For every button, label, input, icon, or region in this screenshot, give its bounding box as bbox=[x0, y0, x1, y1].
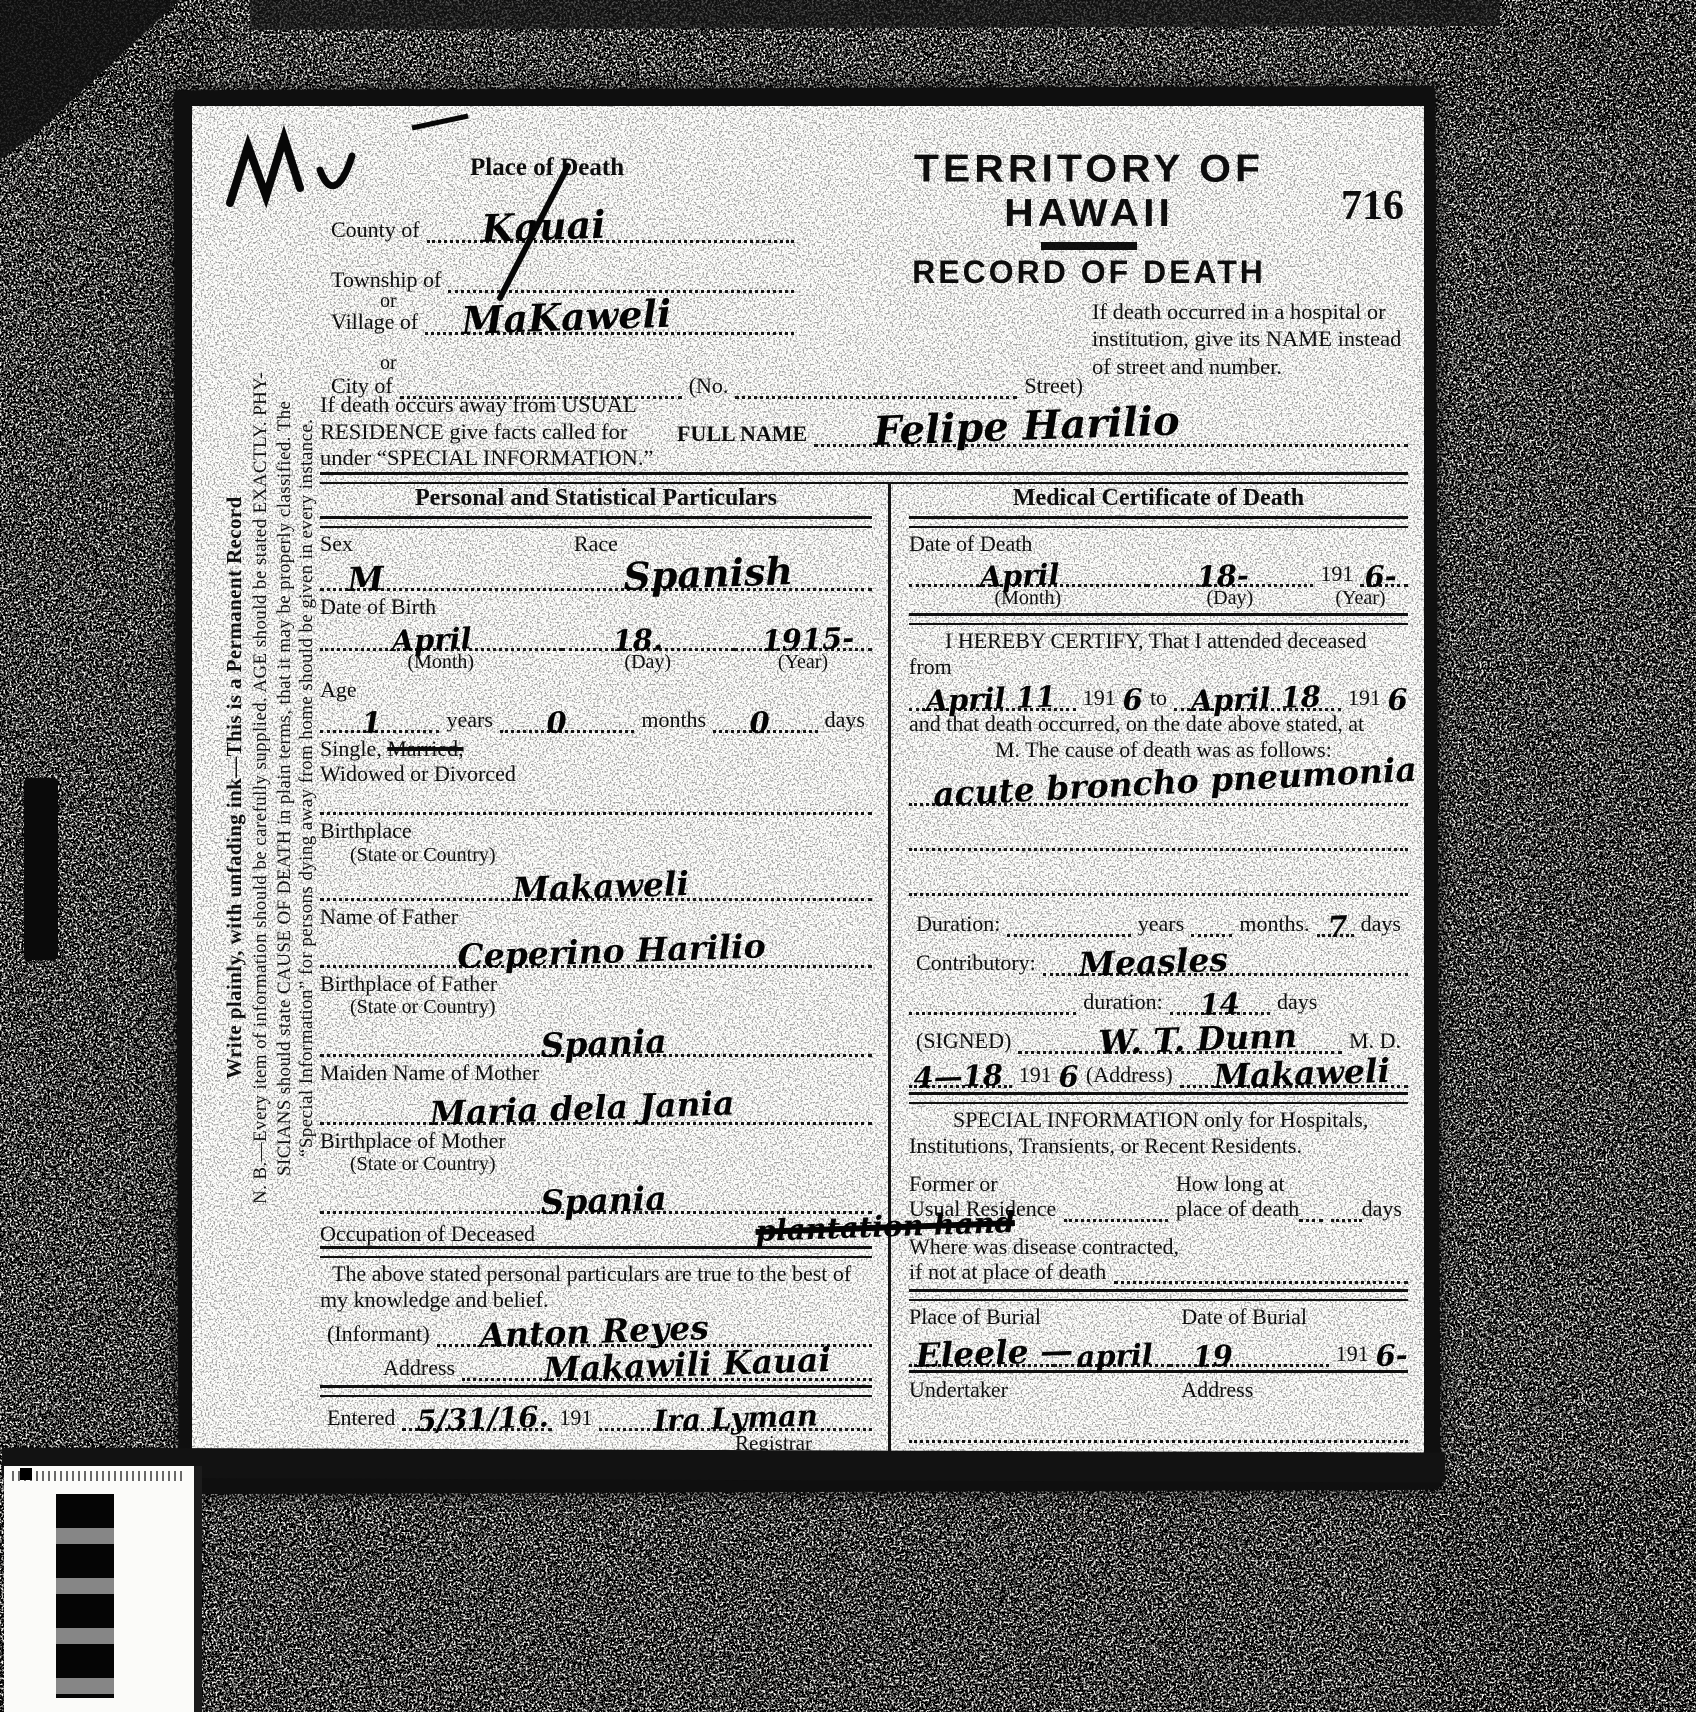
dob-day-line: 18. bbox=[562, 620, 735, 651]
race-handwriting: Spanish bbox=[622, 552, 793, 596]
dod-year-handwriting: 6- bbox=[1364, 562, 1397, 592]
contracted-rule bbox=[909, 1289, 1408, 1301]
howlong-label-2: place of death bbox=[1176, 1196, 1299, 1221]
attended-to-line: April 18 bbox=[1174, 680, 1341, 711]
race-label: Race bbox=[574, 531, 618, 556]
contributory-line: Measles bbox=[1043, 945, 1408, 976]
occupation-field: Occupation of Deceased plantation hand bbox=[320, 1217, 872, 1258]
contributory-duration-days-label: days bbox=[1270, 989, 1324, 1015]
medical-column: Medical Certificate of Death Date of Dea… bbox=[891, 482, 1408, 1462]
age-years-line: 1 bbox=[320, 702, 439, 733]
contributory-duration-label: duration: bbox=[1076, 989, 1169, 1015]
father-bp-handwriting: Spania bbox=[540, 1025, 667, 1062]
father-label: Name of Father bbox=[320, 904, 872, 929]
duration-years-line bbox=[1007, 906, 1130, 937]
dod-day-line: 18- bbox=[1147, 556, 1314, 587]
duration-months-line bbox=[1191, 906, 1232, 937]
burial-year-handwriting: 6- bbox=[1375, 1340, 1408, 1370]
birthplace-field: Birthplace (State or Country) Makaweli bbox=[320, 818, 872, 900]
township-line bbox=[448, 262, 794, 293]
registrar-signature: Ira Lyman bbox=[653, 1401, 818, 1436]
age-days-label: days bbox=[818, 707, 872, 733]
form-area: Place of Death TERRITORY OF HAWAII RECOR… bbox=[320, 120, 1408, 1462]
date-of-death-field: Date of Death April 18- 191 6- bbox=[909, 531, 1408, 625]
title-block: TERRITORY OF HAWAII RECORD OF DEATH bbox=[840, 144, 1338, 291]
full-name-row: FULL NAME Felipe Harilio bbox=[670, 416, 1408, 447]
signed-year-prefix: 191 bbox=[1012, 1062, 1059, 1088]
age-years-label: years bbox=[439, 707, 499, 733]
birthplace-handwriting: Makaweli bbox=[512, 867, 690, 906]
entered-date-line: 5/31/16. bbox=[402, 1400, 552, 1431]
margin-line-special-info: “Special Information” for persons dying … bbox=[296, 142, 318, 1434]
full-name-handwriting: Felipe Harilio bbox=[872, 401, 1180, 452]
contracted-label-2: if not at place of death bbox=[909, 1259, 1106, 1284]
title-divider bbox=[1041, 242, 1137, 250]
medical-title-rule bbox=[909, 516, 1408, 528]
birthplace-label: Birthplace bbox=[320, 818, 872, 843]
contributory-duration-row: duration: 14 days bbox=[909, 984, 1408, 1015]
father-handwriting: Ceperino Harilio bbox=[457, 929, 766, 973]
father-name-field: Name of Father Ceperino Harilio bbox=[320, 904, 872, 968]
special-information-note: SPECIAL INFORMATION only for Hospitals, … bbox=[909, 1107, 1408, 1159]
contributory-handwriting: Measles bbox=[1078, 943, 1229, 981]
left-edge-hole-artifact bbox=[24, 778, 58, 960]
age-label: Age bbox=[320, 677, 872, 702]
calibration-box bbox=[4, 1466, 202, 1712]
burial-day-handwriting: 19 bbox=[1192, 1341, 1233, 1371]
entered-label: Entered bbox=[320, 1405, 402, 1431]
mother-birthplace-field: Birthplace of Mother (State or Country) … bbox=[320, 1128, 872, 1214]
county-row: County of Kauai bbox=[324, 212, 794, 243]
informant-address-handwriting: Makawili Kauai bbox=[543, 1343, 832, 1386]
personal-section-title: Personal and Statistical Particulars bbox=[320, 482, 872, 516]
cause-of-death-line: acute broncho pneumonia bbox=[909, 763, 1408, 806]
age-years-handwriting: 1 bbox=[361, 708, 382, 738]
mother-bp-handwriting: Spania bbox=[540, 1182, 667, 1219]
signed-row: (SIGNED) W. T. Dunn M. D. bbox=[909, 1023, 1408, 1054]
howlong-line-2 bbox=[1331, 1197, 1361, 1222]
contributory-duration-line: 14 bbox=[1170, 984, 1270, 1015]
registrar-signature-line: Ira Lyman bbox=[599, 1400, 872, 1431]
contributory-duration-lead-dots bbox=[909, 984, 1076, 1015]
burial-date-line: april bbox=[1054, 1336, 1170, 1367]
signed-label: (SIGNED) bbox=[909, 1028, 1018, 1054]
dod-label: Date of Death bbox=[909, 531, 1408, 556]
married-label-struck: Married, bbox=[387, 736, 463, 761]
age-months-handwriting: 0 bbox=[546, 708, 567, 738]
hospital-note: If death occurred in a hospital or insti… bbox=[1092, 298, 1408, 380]
signed-address-line: Makaweli bbox=[1180, 1057, 1408, 1088]
burial-year-prefix: 191 bbox=[1329, 1341, 1376, 1367]
entered-date-handwriting: 5/31/16. bbox=[416, 1403, 549, 1437]
burial-place-line: Eleele — bbox=[909, 1336, 1054, 1367]
village-value-handwriting: MaKaweli bbox=[461, 295, 672, 340]
personal-title-rule bbox=[320, 516, 872, 528]
dod-month-handwriting: April bbox=[979, 561, 1060, 593]
mother-bp-line: Spania bbox=[320, 1175, 872, 1214]
cause-blank-line-1 bbox=[909, 806, 1408, 851]
calibration-noise-line bbox=[12, 1471, 182, 1481]
territory-title: TERRITORY OF HAWAII bbox=[840, 146, 1338, 235]
to-year-prefix: 191 bbox=[1341, 685, 1388, 711]
undertaker-label: Undertaker bbox=[909, 1377, 1181, 1402]
dob-month-handwriting: April bbox=[391, 624, 472, 656]
contributory-label: Contributory: bbox=[909, 950, 1043, 976]
usual-residence-note: If death occurs away from USUAL RESIDENC… bbox=[320, 392, 656, 472]
attended-dates-row: April 11 191 6 to April 18 191 6 bbox=[909, 680, 1408, 711]
occupation-label: Occupation of Deceased bbox=[320, 1221, 535, 1246]
age-months-label: months bbox=[634, 707, 713, 733]
mother-handwriting: Maria dela Jania bbox=[429, 1086, 735, 1130]
dob-year-handwriting: 1915- bbox=[761, 623, 855, 655]
record-of-death-title: RECORD OF DEATH bbox=[840, 254, 1338, 291]
bottom-scan-band bbox=[2, 1447, 1445, 1482]
signed-line: W. T. Dunn bbox=[1018, 1023, 1342, 1054]
certify-intro: I HEREBY CERTIFY, That I attended deceas… bbox=[909, 628, 1408, 680]
duration-label: Duration: bbox=[909, 911, 1007, 937]
county-label: County of bbox=[324, 217, 427, 243]
disease-contracted-field: Where was disease contracted, if not at … bbox=[909, 1234, 1408, 1302]
attestation-text: The above stated personal particulars ar… bbox=[320, 1261, 872, 1313]
margin-instructions: Write plainly, with unfading ink—This is… bbox=[222, 142, 326, 1434]
duration-days-line: 7 bbox=[1317, 906, 1354, 937]
burial-place-label: Place of Burial bbox=[909, 1304, 1181, 1329]
signed-address-caption: (Address) bbox=[1079, 1062, 1180, 1088]
burial-field: Place of Burial Date of Burial Eleele — … bbox=[909, 1304, 1408, 1372]
sex-handwriting: M bbox=[346, 562, 384, 596]
personal-column: Personal and Statistical Particulars Sex… bbox=[320, 482, 891, 1462]
undertaker-field: Undertaker Address bbox=[909, 1377, 1408, 1443]
single-label: Single, bbox=[320, 736, 382, 761]
village-row: Village of MaKaweli bbox=[324, 304, 794, 335]
occupation-handwriting-struck: plantation hand bbox=[755, 1208, 1015, 1246]
undertaker-address-label: Address bbox=[1181, 1377, 1408, 1402]
duration-months-label: months. bbox=[1232, 911, 1316, 937]
duration-days-label: days bbox=[1354, 911, 1408, 937]
county-line: Kauai bbox=[427, 212, 794, 243]
howlong-days-label: days bbox=[1362, 1196, 1402, 1221]
usual-residence-line bbox=[1064, 1197, 1168, 1222]
village-line: MaKaweli bbox=[425, 304, 794, 335]
marital-status-field: Single, Married, Widowed or Divorced bbox=[320, 736, 872, 816]
certificate-columns: Personal and Statistical Particulars Sex… bbox=[320, 482, 1408, 1462]
margin-line-nb: N. B.—Every item of information should b… bbox=[250, 142, 272, 1434]
undertaker-blank-line bbox=[909, 1402, 1408, 1443]
howlong-label-1: How long at bbox=[1176, 1171, 1408, 1196]
certificate-number: 716 bbox=[1341, 182, 1404, 230]
from-year-handwriting: 6 bbox=[1122, 686, 1143, 716]
dob-day-handwriting: 18. bbox=[612, 625, 663, 656]
physician-signature: W. T. Dunn bbox=[1098, 1019, 1298, 1059]
dod-day-handwriting: 18- bbox=[1196, 561, 1249, 592]
signed-date-handwriting: 4—18 bbox=[913, 1061, 1004, 1093]
scanned-death-certificate-page: { "doc": { "number": "716", "territory":… bbox=[0, 0, 1696, 1712]
contributory-duration-handwriting: 14 bbox=[1199, 990, 1240, 1020]
birthplace-line: Makaweli bbox=[320, 866, 872, 901]
duration-days-handwriting: 7 bbox=[1327, 912, 1348, 942]
township-row: Township of bbox=[324, 262, 794, 293]
to-label: to bbox=[1143, 685, 1174, 711]
from-year-prefix: 191 bbox=[1076, 685, 1123, 711]
dod-year-line: 6- bbox=[1360, 556, 1408, 587]
signed-date-field: 4—18 191 6 (Address) Makaweli bbox=[909, 1057, 1408, 1104]
calibration-dot bbox=[20, 1468, 32, 1480]
mother-bp-label: Birthplace of Mother bbox=[320, 1128, 872, 1153]
informant-address-line: Makawili Kauai bbox=[462, 1350, 872, 1381]
calibration-strip bbox=[56, 1494, 114, 1698]
informant-address-label: Address bbox=[376, 1355, 462, 1381]
sex-label: Sex bbox=[320, 531, 574, 556]
father-bp-state-caption: (State or Country) bbox=[320, 996, 872, 1018]
burial-month-handwriting: april bbox=[1076, 1340, 1153, 1372]
dob-label: Date of Birth bbox=[320, 594, 872, 619]
attended-to-handwriting: April 18 bbox=[1190, 683, 1321, 717]
certificate-sheet: Write plainly, with unfading ink—This is… bbox=[192, 106, 1424, 1462]
informant-label: (Informant) bbox=[320, 1321, 437, 1347]
mother-bp-state-caption: (State or Country) bbox=[320, 1153, 872, 1175]
street-no-line bbox=[735, 368, 1017, 399]
duration-years-label: years bbox=[1131, 911, 1191, 937]
former-label: Former or bbox=[909, 1171, 1176, 1196]
margin-line-physicians: SICIANS should state CAUSE OF DEATH in p… bbox=[274, 142, 296, 1434]
signed-date-line: 4—18 bbox=[909, 1057, 1012, 1088]
burial-place-handwriting: Eleele — bbox=[915, 1333, 1074, 1371]
sex-race-field: Sex Race M Spanish bbox=[320, 531, 872, 591]
mother-label: Maiden Name of Mother bbox=[320, 1060, 872, 1085]
date-of-birth-field: Date of Birth April 18. 1915- (Mont bbox=[320, 594, 872, 673]
widowed-label: Widowed or Divorced bbox=[320, 761, 872, 786]
dod-year-prefix: 191 bbox=[1313, 561, 1360, 587]
age-days-line: 0 bbox=[713, 702, 818, 733]
full-name-label: FULL NAME bbox=[670, 421, 814, 447]
birthplace-state-caption: (State or Country) bbox=[320, 844, 872, 866]
cause-blank-line-2 bbox=[909, 851, 1408, 896]
dob-year-line: 1915- bbox=[734, 620, 872, 651]
county-value-handwriting: Kauai bbox=[480, 206, 606, 248]
street-label: Street) bbox=[1017, 373, 1090, 399]
contributory-row: Contributory: Measles bbox=[909, 945, 1408, 976]
father-bp-label: Birthplace of Father bbox=[320, 971, 872, 996]
age-field: Age 1 years 0 months 0 days bbox=[320, 677, 872, 733]
signed-address-handwriting: Makaweli bbox=[1213, 1054, 1391, 1093]
signed-rule bbox=[909, 1092, 1408, 1104]
father-line: Ceperino Harilio bbox=[320, 929, 872, 968]
margin-line-permanent-record: Write plainly, with unfading ink—This is… bbox=[222, 142, 247, 1434]
mother-line: Maria dela Jania bbox=[320, 1086, 872, 1125]
village-label: Village of bbox=[324, 309, 425, 335]
informant-address-field: Address Makawili Kauai bbox=[320, 1350, 872, 1397]
medical-section-title: Medical Certificate of Death bbox=[909, 482, 1408, 516]
age-months-line: 0 bbox=[500, 702, 634, 733]
marital-blank-line bbox=[320, 786, 872, 815]
to-year-handwriting: 6 bbox=[1387, 686, 1408, 716]
dod-month-line: April bbox=[909, 556, 1147, 587]
age-days-handwriting: 0 bbox=[749, 708, 770, 738]
dod-rule bbox=[909, 613, 1408, 625]
signed-year-handwriting: 6 bbox=[1058, 1062, 1079, 1092]
attended-from-line: April 11 bbox=[909, 680, 1076, 711]
dob-month-line: April bbox=[320, 620, 562, 651]
father-birthplace-field: Birthplace of Father (State or Country) … bbox=[320, 971, 872, 1057]
sex-race-line: M Spanish bbox=[320, 556, 872, 591]
father-bp-line: Spania bbox=[320, 1018, 872, 1057]
street-no-label: (No. bbox=[682, 373, 736, 399]
burial-date-label: Date of Burial bbox=[1181, 1304, 1408, 1329]
duration-row: Duration: years months. 7 days bbox=[909, 906, 1408, 937]
md-label: M. D. bbox=[1342, 1028, 1408, 1054]
contracted-line bbox=[1114, 1259, 1408, 1284]
mother-name-field: Maiden Name of Mother Maria dela Jania bbox=[320, 1060, 872, 1124]
burial-day-line: 19 bbox=[1170, 1336, 1329, 1367]
full-name-line: Felipe Harilio bbox=[814, 416, 1408, 447]
attended-from-handwriting: April 11 bbox=[925, 683, 1056, 717]
howlong-line-1 bbox=[1299, 1197, 1323, 1222]
place-of-death-header: Place of Death bbox=[470, 154, 624, 182]
entered-year-prefix: 191 bbox=[552, 1405, 599, 1431]
occupation-rule bbox=[320, 1246, 872, 1258]
